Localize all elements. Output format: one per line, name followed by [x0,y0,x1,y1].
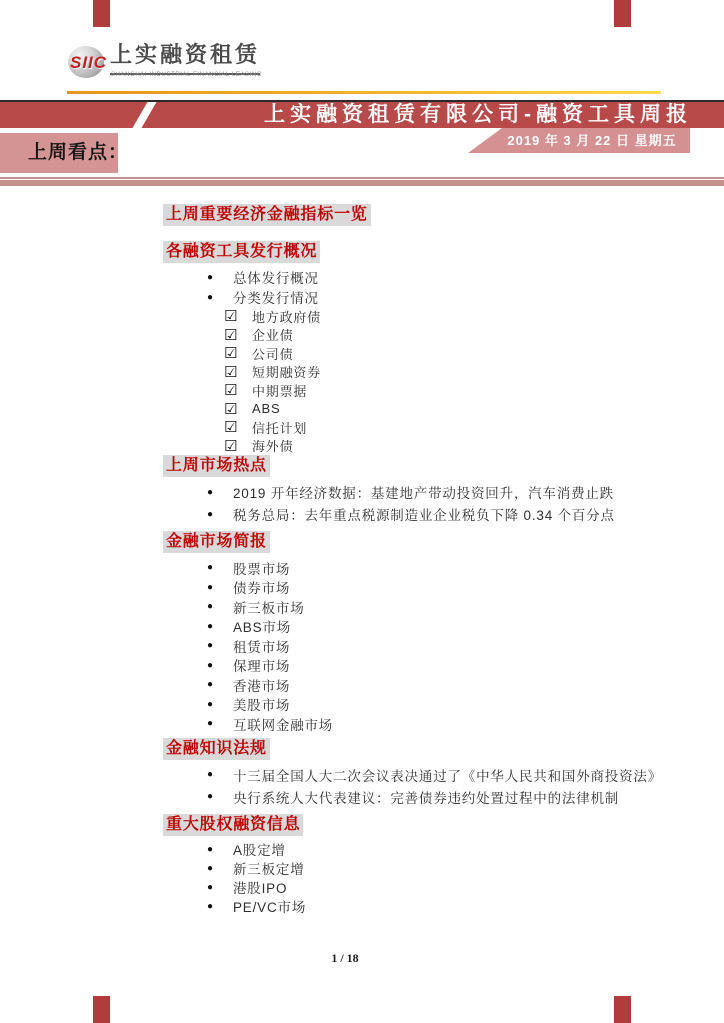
bullet-list: ●十三届全国人大二次会议表决通过了《中华人民共和国外商投资法》●央行系统人大代表… [0,764,724,808]
header-divider [0,177,724,186]
bullet-item: ●2019 开年经济数据：基建地产带动投资回升，汽车消费止跌 [207,481,724,503]
page-edge-mark [93,996,110,1023]
list-item-text: 海外债 [252,436,293,455]
section-title: 重大股权融资信息 [163,814,303,836]
list-item-text: 十三届全国人大二次会议表决通过了《中华人民共和国外商投资法》 [233,765,662,785]
checked-checkbox-icon: ☑ [224,381,252,399]
list-item-text: 短期融资券 [252,362,321,381]
section-title: 各融资工具发行概况 [163,241,320,263]
checkbox-item: ☑企业债 [224,326,724,345]
bullet-icon: ● [207,699,233,710]
bullet-list: ●总体发行概况●分类发行情况 [0,267,724,307]
checkbox-list: ☑地方政府债☑企业债☑公司债☑短期融资券☑中期票据☑ABS☑信托计划☑海外债 [0,307,724,455]
list-item-text: 美股市场 [233,694,290,714]
checkbox-item: ☑信托计划 [224,418,724,437]
bullet-icon: ● [207,601,233,612]
bullet-icon: ● [207,844,233,855]
bullet-item: ●A股定增 [207,840,724,859]
list-item-text: 分类发行情况 [233,287,319,307]
banner-slash-decoration [132,102,156,128]
company-subtitle: SHANGHAI INDUSTRIAL FINANCIAL LEASING [111,72,262,78]
bullet-icon: ● [207,769,233,780]
bullet-item: ●债券市场 [207,578,724,598]
bullet-icon: ● [207,582,233,593]
bullet-icon: ● [207,292,233,303]
checkbox-item: ☑ABS [224,400,724,419]
list-item-text: 保理市场 [233,655,290,675]
bullet-list: ●A股定增●新三板定增●港股IPO●PE/VC市场 [0,840,724,916]
checked-checkbox-icon: ☑ [224,363,252,381]
list-item-text: 新三板市场 [233,597,305,617]
list-item-text: 2019 开年经济数据：基建地产带动投资回升，汽车消费止跌 [233,482,614,502]
checked-checkbox-icon: ☑ [224,437,252,455]
page-number: 1 / 18 [331,951,358,965]
bullet-icon: ● [207,562,233,573]
report-title: 上实融资租赁有限公司-融资工具周报 [264,102,692,128]
bullet-icon: ● [207,509,233,520]
bullet-icon: ● [207,791,233,802]
list-item-text: 公司债 [252,344,293,363]
list-item-text: ABS市场 [233,616,291,636]
list-item-text: 股票市场 [233,558,290,578]
gold-divider-line [67,91,661,94]
bullet-item: ●港股IPO [207,878,724,897]
checkbox-item: ☑中期票据 [224,381,724,400]
bullet-item: ●新三板市场 [207,597,724,617]
bullet-icon: ● [207,272,233,283]
checked-checkbox-icon: ☑ [224,326,252,344]
company-name: 上实融资租赁 [110,38,260,75]
list-item-text: 信托计划 [252,418,307,437]
checked-checkbox-icon: ☑ [224,418,252,436]
list-item-text: 中期票据 [252,381,307,400]
section-title: 金融市场简报 [163,531,270,553]
bullet-icon: ● [207,679,233,690]
list-item-text: 债券市场 [233,577,290,597]
bullet-item: ●十三届全国人大二次会议表决通过了《中华人民共和国外商投资法》 [207,764,724,786]
bullet-icon: ● [207,487,233,498]
bullet-item: ●分类发行情况 [207,287,724,307]
bullet-item: ●保理市场 [207,656,724,676]
bullet-item: ●总体发行概况 [207,267,724,287]
checked-checkbox-icon: ☑ [224,344,252,362]
bullet-item: ●美股市场 [207,695,724,715]
bullet-icon: ● [207,901,233,912]
section-indicators: 上周重要经济金融指标一览 [0,204,724,226]
bullet-item: ●互联网金融市场 [207,714,724,734]
bullet-icon: ● [207,621,233,632]
section-title: 金融知识法规 [163,738,270,760]
bullet-item: ●香港市场 [207,675,724,695]
bullet-icon: ● [207,718,233,729]
list-item-text: 总体发行概况 [233,267,319,287]
checkbox-item: ☑地方政府债 [224,307,724,326]
list-item-text: 地方政府债 [252,307,321,326]
page-edge-mark [614,996,631,1023]
list-item-text: 企业债 [252,325,293,344]
checkbox-item: ☑海外债 [224,437,724,456]
bullet-item: ●股票市场 [207,558,724,578]
page-edge-mark [614,0,631,27]
list-item-text: ABS [252,401,280,416]
section-title: 上周重要经济金融指标一览 [163,204,371,226]
bullet-item: ●央行系统人大代表建议：完善债券违约处置过程中的法律机制 [207,786,724,808]
bullet-icon: ● [207,660,233,671]
checkbox-item: ☑公司债 [224,344,724,363]
bullet-item: ●新三板定增 [207,859,724,878]
footer: 1 / 18 [0,951,690,966]
highlights-label: 上周看点： [0,133,118,173]
bullet-item: ●PE/VC市场 [207,897,724,916]
siic-logo-text: SIIC [70,53,107,73]
list-item-text: 互联网金融市场 [233,714,333,734]
section-market-briefing: 金融市场简报 ●股票市场●债券市场●新三板市场●ABS市场●租赁市场●保理市场●… [0,531,724,734]
list-item-text: PE/VC市场 [233,896,306,916]
section-equity-financing: 重大股权融资信息 ●A股定增●新三板定增●港股IPO●PE/VC市场 [0,814,724,916]
section-regulations: 金融知识法规 ●十三届全国人大二次会议表决通过了《中华人民共和国外商投资法》●央… [0,738,724,808]
section-issuance: 各融资工具发行概况 ●总体发行概况●分类发行情况 ☑地方政府债☑企业债☑公司债☑… [0,241,724,455]
list-item-text: 税务总局：去年重点税源制造业企业税负下降 0.34 个百分点 [233,504,615,524]
bullet-item: ●ABS市场 [207,617,724,637]
list-item-text: 央行系统人大代表建议：完善债券违约处置过程中的法律机制 [233,787,619,807]
checked-checkbox-icon: ☑ [224,400,252,418]
section-market-hotspots: 上周市场热点 ●2019 开年经济数据：基建地产带动投资回升，汽车消费止跌●税务… [0,455,724,525]
bullet-list: ●股票市场●债券市场●新三板市场●ABS市场●租赁市场●保理市场●香港市场●美股… [0,558,724,734]
content-area: 上周重要经济金融指标一览 各融资工具发行概况 ●总体发行概况●分类发行情况 ☑地… [0,204,724,916]
page: { "logo": { "siic": "SIIC", "company_cn"… [0,0,724,1023]
checked-checkbox-icon: ☑ [224,307,252,325]
bullet-icon: ● [207,882,233,893]
bullet-icon: ● [207,640,233,651]
bullet-item: ●租赁市场 [207,636,724,656]
report-date: 2019 年 3 月 22 日 星期五 [468,128,690,153]
list-item-text: 租赁市场 [233,636,290,656]
list-item-text: 新三板定增 [233,858,305,878]
bullet-list: ●2019 开年经济数据：基建地产带动投资回升，汽车消费止跌●税务总局：去年重点… [0,481,724,525]
list-item-text: 港股IPO [233,877,287,897]
bullet-item: ●税务总局：去年重点税源制造业企业税负下降 0.34 个百分点 [207,503,724,525]
checkbox-item: ☑短期融资券 [224,363,724,382]
section-title: 上周市场热点 [163,455,270,477]
page-edge-mark [93,0,110,27]
list-item-text: A股定增 [233,839,286,859]
list-item-text: 香港市场 [233,675,290,695]
title-banner: 上实融资租赁有限公司-融资工具周报 [0,100,724,128]
bullet-icon: ● [207,863,233,874]
